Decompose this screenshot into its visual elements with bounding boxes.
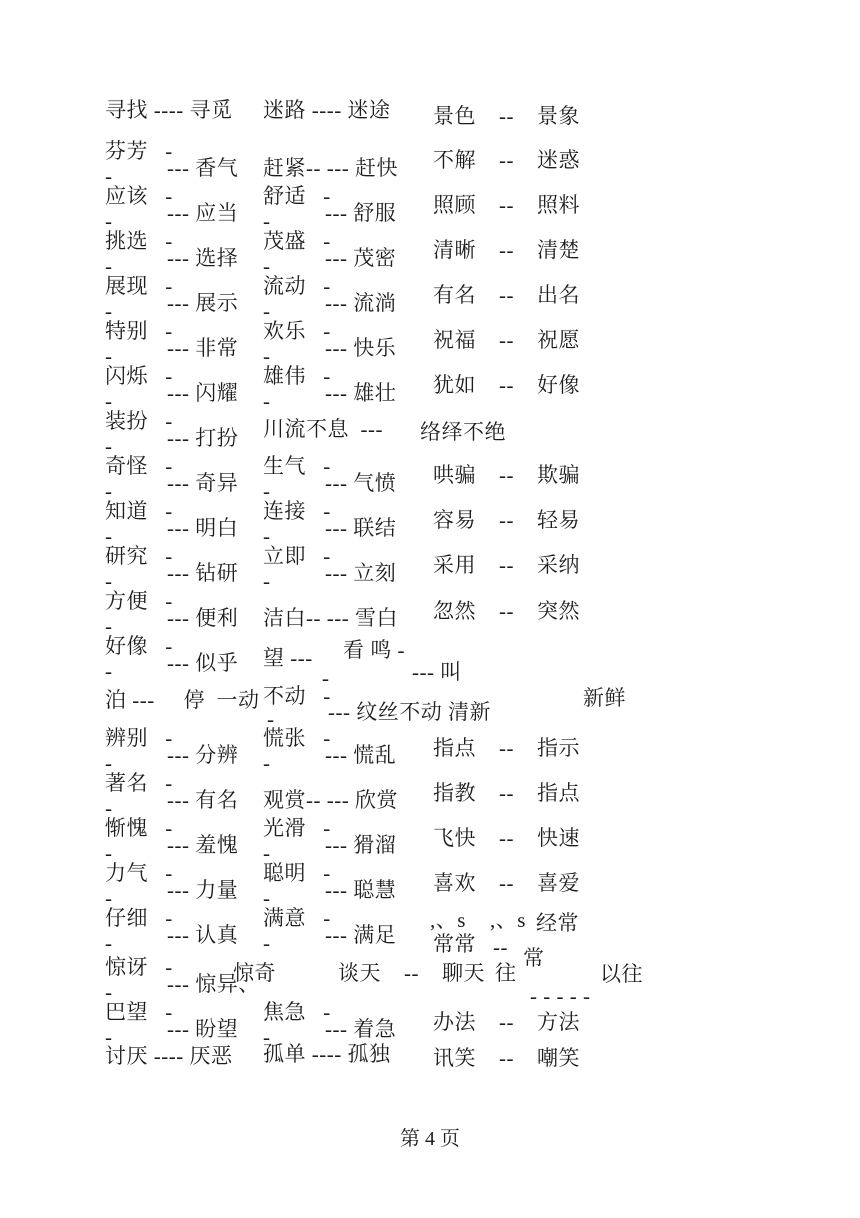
text-run: 力气 - xyxy=(105,863,173,884)
text-run: 著名 - xyxy=(105,773,173,794)
text-run: 芬芳 - xyxy=(105,141,173,162)
text-run: --- 纹丝不动 清新 xyxy=(328,702,491,723)
text-run: --- 便利 xyxy=(167,608,238,629)
text-run: 惭愧 - xyxy=(105,818,173,839)
text-run: 赶紧-- --- 赶快 xyxy=(263,158,398,179)
text-run: --- 羞愧 xyxy=(167,835,238,856)
text-run: 谈天 -- 聊天 xyxy=(338,963,485,984)
text-run: --- 奇异 xyxy=(167,473,238,494)
text-run: 指教 -- 指点 xyxy=(433,783,580,804)
text-run: --- 分辨 xyxy=(167,745,238,766)
text-run: 往 xyxy=(495,963,517,984)
text-run: --- 似乎 xyxy=(167,653,238,674)
text-run: --- 流淌 xyxy=(325,293,396,314)
text-run: --- 选择 xyxy=(167,248,238,269)
text-run: 雄伟 - xyxy=(263,366,331,387)
text-run: 慌张 - xyxy=(263,728,331,749)
text-run: --- 香气 xyxy=(167,158,238,179)
text-run: 聪明 - xyxy=(263,863,331,884)
text-run: --- 应当 xyxy=(167,203,238,224)
text-run: 焦急 - xyxy=(263,1002,331,1023)
text-run: 舒适 - xyxy=(263,186,331,207)
text-run: 仔细 - xyxy=(105,908,173,929)
text-run: --- 慌乱 xyxy=(325,745,396,766)
text-run: 满意 - xyxy=(263,908,331,929)
synonym-list: 寻找 ---- 寻觅迷路 ---- 迷途景色 -- 景象芬芳 ----- 香气赶… xyxy=(0,0,860,1218)
text-run: 犹如 -- 好像 xyxy=(433,375,580,396)
text-run: ,、s xyxy=(430,910,466,931)
text-run: 清晰 -- 清楚 xyxy=(433,240,580,261)
text-run: --- 力量 xyxy=(167,880,238,901)
text-run: 惊奇 xyxy=(233,963,276,984)
text-run: 哄骗 -- 欺骗 xyxy=(433,465,580,486)
text-run: 展现 - xyxy=(105,276,173,297)
text-run: 有名 -- 出名 xyxy=(433,285,580,306)
text-run: 祝福 -- 祝愿 xyxy=(433,330,580,351)
text-run: 奇怪 - xyxy=(105,456,173,477)
text-run: 巴望 - xyxy=(105,1002,173,1023)
text-run: --- 打扮 xyxy=(167,428,238,449)
text-run: --- 满足 xyxy=(325,925,396,946)
text-run: 景色 -- 景象 xyxy=(433,106,580,127)
text-run: 泊 --- 停 一动 xyxy=(105,690,259,711)
text-run: --- 钻研 xyxy=(167,563,238,584)
text-run: 流动 - xyxy=(263,276,331,297)
text-run: 观赏-- --- 欣赏 xyxy=(263,790,398,811)
text-run: --- 非常 xyxy=(167,338,238,359)
text-run: 辨别 - xyxy=(105,728,173,749)
text-run: 特别 - xyxy=(105,321,173,342)
text-run: --- 雄壮 xyxy=(325,383,396,404)
text-run: --- 茂密 xyxy=(325,248,396,269)
text-run: --- 立刻 xyxy=(325,563,396,584)
text-run: 不解 -- 迷惑 xyxy=(433,150,580,171)
text-run: --- 着急 xyxy=(325,1019,396,1040)
text-run: 看 鸣 - xyxy=(343,640,405,661)
text-run: --- 盼望 xyxy=(167,1019,238,1040)
text-run: 常 xyxy=(523,948,545,969)
text-run: 闪烁 - xyxy=(105,366,173,387)
text-run: 迷路 ---- 迷途 xyxy=(263,100,390,121)
text-run: 挑选 - xyxy=(105,231,173,252)
text-run: 方便 - xyxy=(105,591,173,612)
text-run: --- 闪耀 xyxy=(167,383,238,404)
text-run: --- 认真 xyxy=(167,925,238,946)
text-run: - xyxy=(263,753,271,774)
text-run: --- 快乐 xyxy=(325,338,396,359)
text-run: 立即 - xyxy=(263,546,331,567)
text-run: 经常 xyxy=(536,913,579,934)
text-run: --- 叫 xyxy=(412,662,462,683)
text-run: - xyxy=(105,933,113,954)
text-run: - xyxy=(263,933,271,954)
text-run: 指点 -- 指示 xyxy=(433,738,580,759)
text-run: 茂盛 - xyxy=(263,231,331,252)
text-run: 生气 - xyxy=(263,456,331,477)
text-run: 忽然 -- 突然 xyxy=(433,601,580,622)
text-run: - xyxy=(263,391,271,412)
text-run: ,、s xyxy=(490,910,526,931)
text-run: - xyxy=(105,661,113,682)
page-footer: 第 4 页 xyxy=(0,1122,860,1151)
text-run: 办法 -- 方法 xyxy=(433,1012,580,1033)
text-run: --- 明白 xyxy=(167,518,238,539)
text-run: --- 联结 xyxy=(325,518,396,539)
text-run: --- 猾溜 xyxy=(325,835,396,856)
text-run: 讯笑 -- 嘲笑 xyxy=(433,1048,580,1069)
text-run: --- 气愤 xyxy=(325,473,396,494)
text-run: - xyxy=(263,571,271,592)
text-run: 喜欢 -- 喜爱 xyxy=(433,873,580,894)
text-run: 络绎不绝 xyxy=(420,422,506,443)
text-run: 常常 xyxy=(433,934,476,955)
text-run: 采用 -- 采纳 xyxy=(433,555,580,576)
text-run: 望 --- xyxy=(263,648,313,669)
text-run: -- xyxy=(493,937,508,958)
text-run: 应该 - xyxy=(105,186,173,207)
text-run: 孤单 ---- 孤独 xyxy=(263,1044,390,1065)
text-run: 飞快 -- 快速 xyxy=(433,828,580,849)
text-run: 讨厌 ---- 厌恶 xyxy=(105,1046,232,1067)
text-run: --- 舒服 xyxy=(325,203,396,224)
text-run: 不动 - xyxy=(263,686,331,707)
text-run: 以往 xyxy=(600,964,643,985)
text-run: 照顾 -- 照料 xyxy=(433,195,580,216)
text-run: --- 聪慧 xyxy=(325,880,396,901)
text-run: --- 有名 xyxy=(167,790,238,811)
text-run: - - - - - xyxy=(530,986,590,1007)
text-run: 洁白-- --- 雪白 xyxy=(263,608,398,629)
document-page: 寻找 ---- 寻觅迷路 ---- 迷途景色 -- 景象芬芳 ----- 香气赶… xyxy=(0,0,860,1218)
text-run: 寻找 ---- 寻觅 xyxy=(105,100,232,121)
text-run: 光滑 - xyxy=(263,818,331,839)
text-run: 研究 - xyxy=(105,546,173,567)
text-run: 新鲜 xyxy=(583,688,626,709)
text-run: 惊讶 - xyxy=(105,957,173,978)
text-run: --- 展示 xyxy=(167,293,238,314)
text-run: 连接 - xyxy=(263,501,331,522)
text-run: 川流不息 --- xyxy=(263,419,383,440)
page-number: 第 4 页 xyxy=(400,1128,460,1150)
text-run: 装扮 - xyxy=(105,411,173,432)
text-run: 好像 - xyxy=(105,636,173,657)
text-run: 容易 -- 轻易 xyxy=(433,510,580,531)
text-run: 知道 - xyxy=(105,501,173,522)
text-run: 欢乐 - xyxy=(263,321,331,342)
